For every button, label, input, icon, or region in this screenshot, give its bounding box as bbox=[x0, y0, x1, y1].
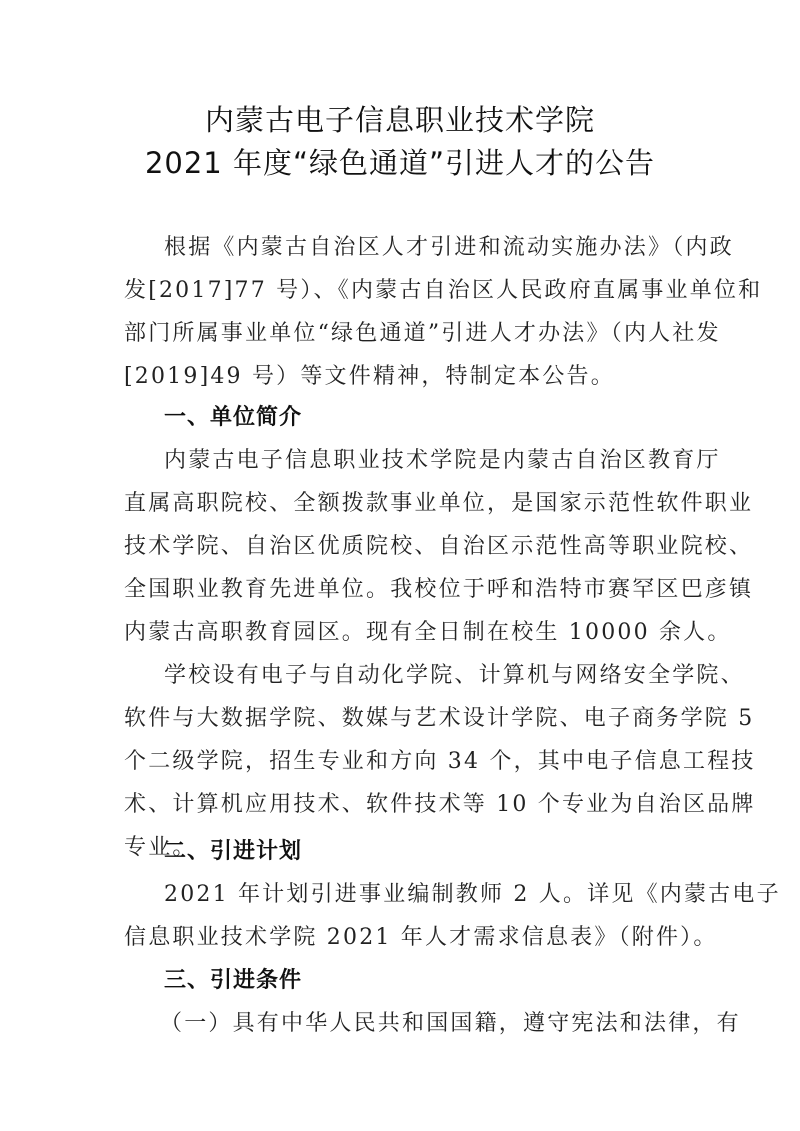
paragraph-line: 软件与大数据学院、数媒与艺术设计学院、电子商务学院 5 bbox=[124, 701, 680, 732]
section-heading: 三、引进条件 bbox=[164, 963, 302, 994]
document-title-line-2: 2021 年度“绿色通道”引进人才的公告 bbox=[0, 141, 800, 182]
paragraph-line: 术、计算机应用技术、软件技术等 10 个专业为自治区品牌 bbox=[124, 787, 680, 818]
paragraph-line: 内蒙古电子信息职业技术学院是内蒙古自治区教育厅 bbox=[164, 443, 680, 474]
paragraph-line: 个二级学院，招生专业和方向 34 个，其中电子信息工程技 bbox=[124, 744, 680, 775]
section-heading: 一、单位简介 bbox=[164, 400, 302, 431]
section-heading: 二、引进计划 bbox=[164, 834, 302, 865]
paragraph-line: 直属高职院校、全额拨款事业单位，是国家示范性软件职业 bbox=[124, 486, 680, 517]
paragraph-line: 全国职业教育先进单位。我校位于呼和浩特市赛罕区巴彦镇 bbox=[124, 572, 680, 603]
paragraph-line: 2021 年计划引进事业编制教师 2 人。详见《内蒙古电子 bbox=[164, 877, 680, 908]
intro-line: 发[2017]77 号）、《内蒙古自治区人民政府直属事业单位和 bbox=[124, 273, 680, 304]
intro-line: 部门所属事业单位“绿色通道”引进人才办法》（内人社发 bbox=[124, 316, 680, 347]
document-title-line-1: 内蒙古电子信息职业技术学院 bbox=[0, 98, 800, 139]
paragraph-line: （一）具有中华人民共和国国籍，遵守宪法和法律，有 bbox=[160, 1006, 680, 1037]
paragraph-line: 学校设有电子与自动化学院、计算机与网络安全学院、 bbox=[164, 658, 680, 689]
paragraph-line: 内蒙古高职教育园区。现有全日制在校生 10000 余人。 bbox=[124, 615, 680, 646]
paragraph-line: 技术学院、自治区优质院校、自治区示范性高等职业院校、 bbox=[124, 529, 680, 560]
intro-line: 根据《内蒙古自治区人才引进和流动实施办法》（内政 bbox=[164, 230, 680, 261]
paragraph-line: 信息职业技术学院 2021 年人才需求信息表》（附件）。 bbox=[124, 920, 680, 951]
intro-line: [2019]49 号）等文件精神，特制定本公告。 bbox=[124, 359, 680, 390]
